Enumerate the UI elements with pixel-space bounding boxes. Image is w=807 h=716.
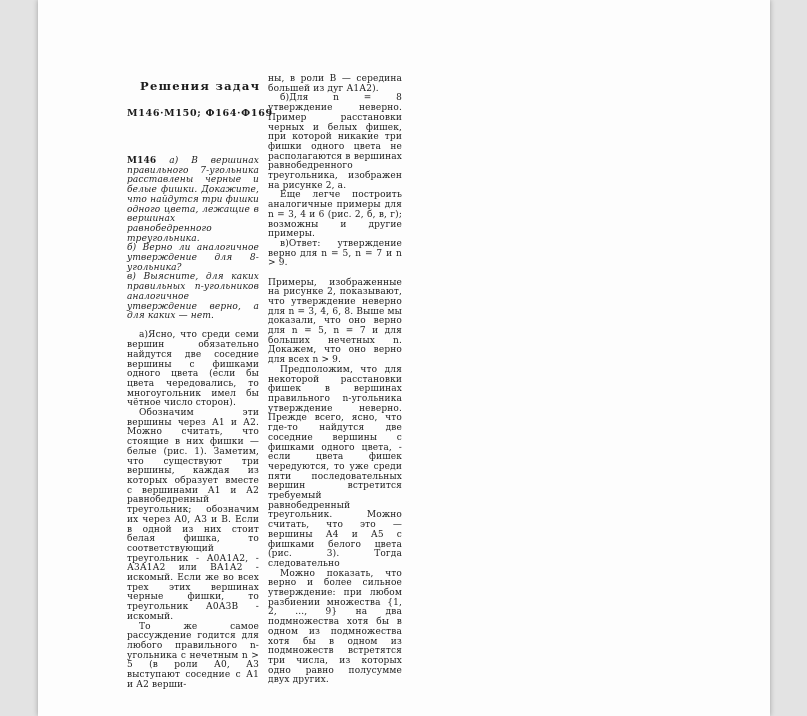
problem-range-subtitle: М146·М150; Ф164·Ф169 bbox=[127, 108, 273, 119]
solution-paragraph: Можно показать, что верно и более сильно… bbox=[268, 570, 402, 686]
problem-statement-a: М146 а) В вершинах правильного 7-угольни… bbox=[127, 157, 259, 244]
problem-statement-a-text: а) В вершинах правильного 7-угольника ра… bbox=[127, 156, 259, 244]
problem-number-label: М146 bbox=[127, 156, 156, 166]
scanned-document-page: Решения задач М146·М150; Ф164·Ф169 М146 … bbox=[38, 0, 770, 716]
solution-paragraph-continued: ны, в роли В — середина большей из дуг А… bbox=[268, 75, 402, 94]
page-title: Решения задач bbox=[140, 79, 260, 93]
solution-paragraph: б)Для n = 8 утверждение неверно. Пример … bbox=[268, 94, 402, 191]
left-text-column: М146 а) В вершинах правильного 7-угольни… bbox=[127, 157, 259, 690]
solution-paragraph: Еще легче построить аналогичные примеры … bbox=[268, 191, 402, 240]
problem-statement-b: б) Верно ли аналогичное утверждение для … bbox=[127, 244, 259, 273]
solution-paragraph: Обозначим эти вершины через А1 и А2. Мож… bbox=[127, 409, 259, 622]
solution-paragraph: То же самое рассуждение годится для любо… bbox=[127, 623, 259, 691]
problem-statement-c: в) Выясните, для каких правильных n-угол… bbox=[127, 273, 259, 322]
solution-paragraph: Предположим, что для некоторой расстанов… bbox=[268, 366, 402, 570]
solution-paragraph: а)Ясно, что среди семи вершин обязательн… bbox=[127, 331, 259, 409]
solution-answer-paragraph: в)Ответ: утверждение верно для n = 5, n … bbox=[268, 240, 402, 269]
solution-paragraph: Примеры, изображенные на рисунке 2, пока… bbox=[268, 279, 402, 366]
right-text-column: ны, в роли В — середина большей из дуг А… bbox=[268, 75, 402, 686]
